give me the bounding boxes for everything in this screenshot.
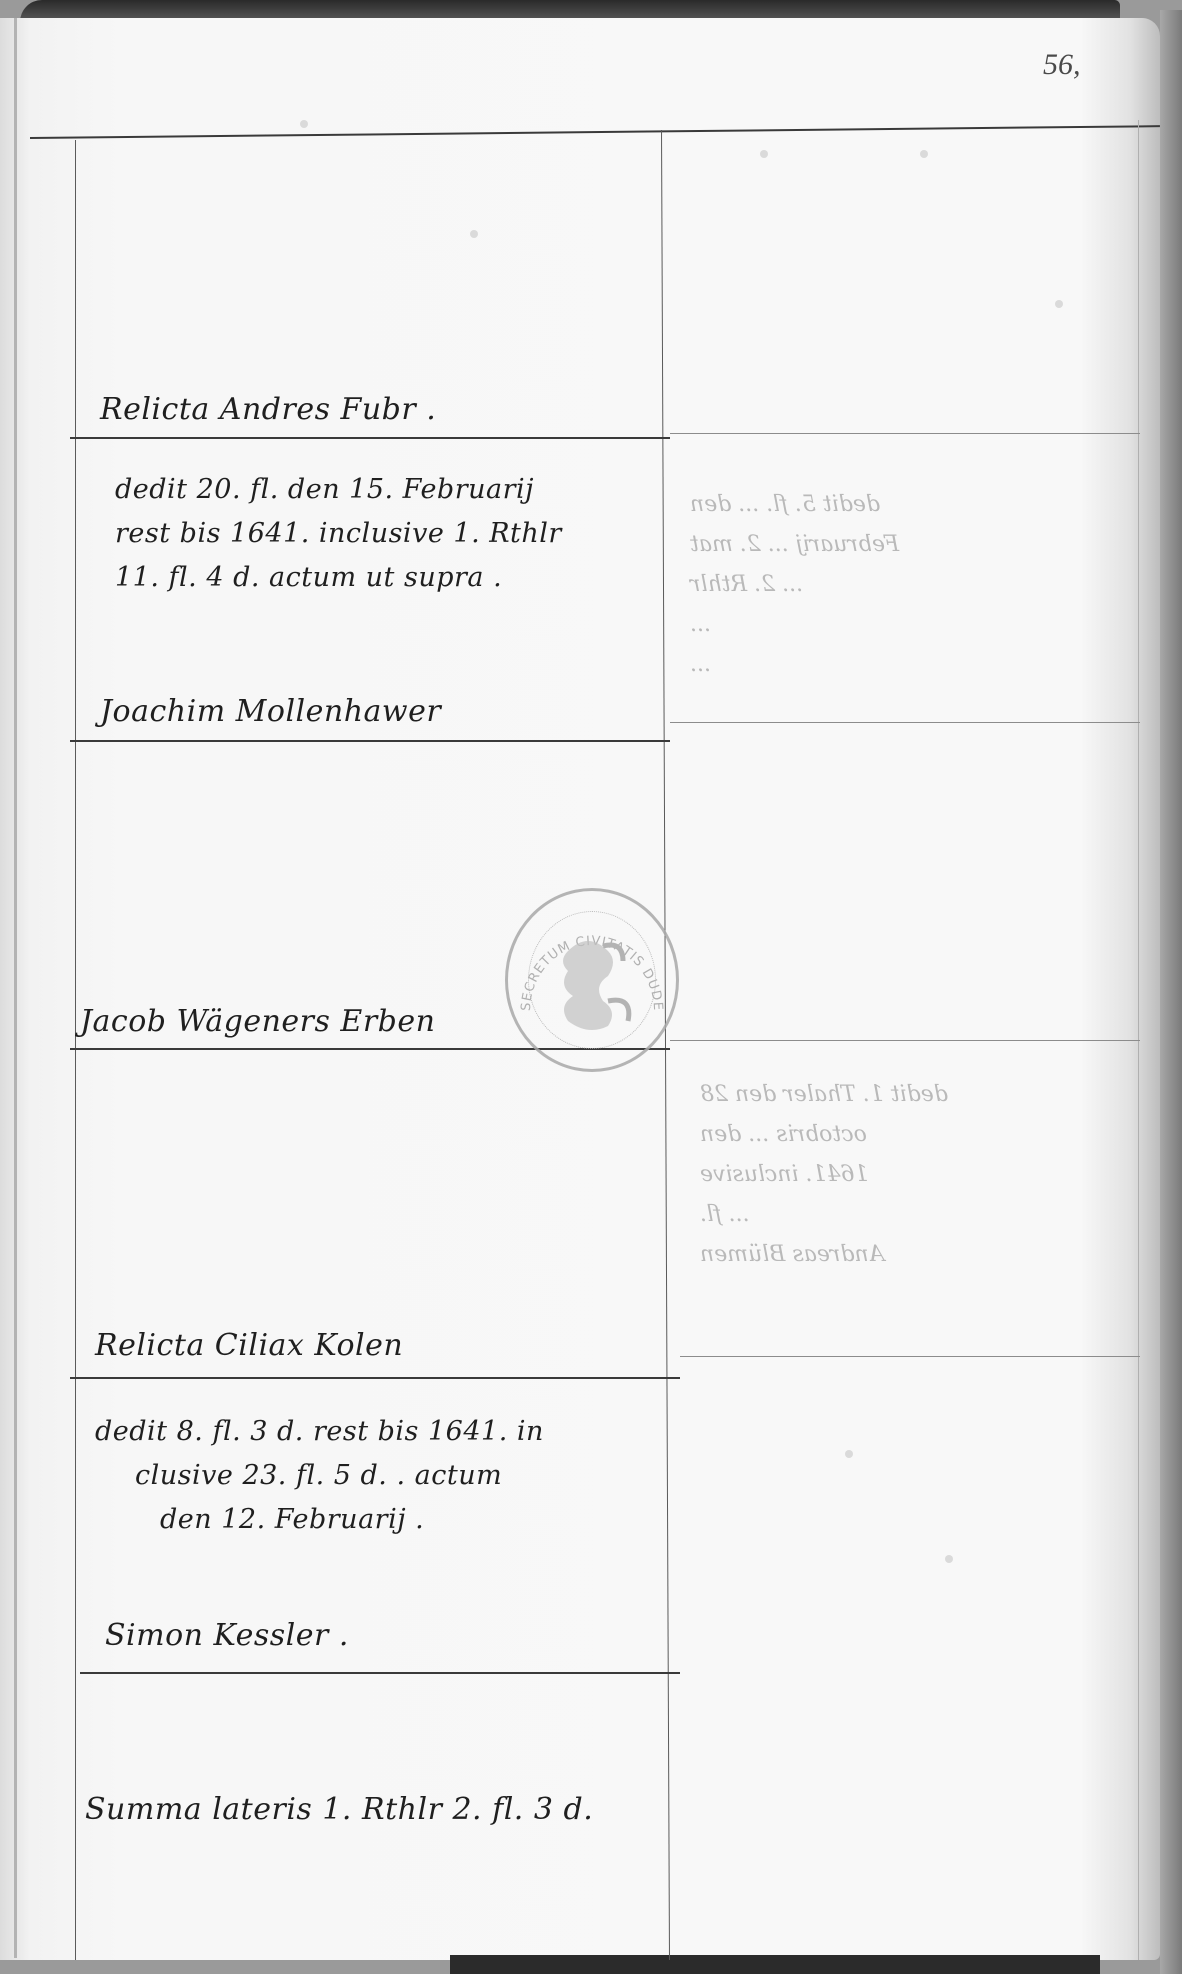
- page-number: 56,: [1043, 48, 1081, 82]
- entry-name: Jacob Wägeners Erben: [80, 1004, 435, 1039]
- entry-name: Relicta Andres Fubr .: [100, 392, 436, 427]
- bleed-through-block: dedit 1. Thaler den 28 octobris ... den …: [700, 1075, 948, 1275]
- entry-note-line: dedit 8. fl. 3 d. rest bis 1641. in: [95, 1410, 544, 1454]
- entry-name: Relicta Ciliax Kolen: [95, 1328, 403, 1363]
- lion-emblem-icon: SECRETUM CIVITATIS DUDERSTADIENSIS: [508, 891, 676, 1069]
- paper-spot: [845, 1450, 853, 1458]
- row-rule-5: [80, 1672, 680, 1674]
- entry-note-line: den 12. Februarij .: [160, 1498, 424, 1542]
- row-rule-2: [70, 740, 670, 742]
- right-rule-3: [670, 1040, 1140, 1041]
- paper-spot: [300, 120, 308, 128]
- bleed-line: ...: [690, 605, 899, 645]
- row-rule-1: [70, 437, 670, 439]
- bleed-line: octobris ... den: [700, 1115, 948, 1155]
- entry-note-line: rest bis 1641. inclusive 1. Rthlr: [115, 512, 562, 556]
- entry-note-line: clusive 23. fl. 5 d. . actum: [135, 1454, 502, 1498]
- bleed-through-block: dedit 5. fl. ... den Februarij ... 2. ma…: [690, 485, 899, 685]
- paper-spot: [760, 150, 768, 158]
- bleed-line: Februarij ... 2. mat: [690, 525, 899, 565]
- paper-spot: [945, 1555, 953, 1563]
- paper-spot: [470, 230, 478, 238]
- entry-note-line: 11. fl. 4 d. actum ut supra .: [115, 556, 502, 600]
- right-rule-1: [670, 433, 1140, 434]
- bleed-line: Andreas Blümen: [700, 1235, 948, 1275]
- book-bottom-edge: [450, 1955, 1100, 1974]
- entry-name: Joachim Mollenhawer: [100, 694, 441, 729]
- entry-note-line: dedit 20. fl. den 15. Februarij: [115, 468, 534, 512]
- bleed-line: ... fl.: [700, 1195, 948, 1235]
- bleed-line: dedit 1. Thaler den 28: [700, 1075, 948, 1115]
- paper-spot: [920, 150, 928, 158]
- entry-name: Simon Kessler .: [105, 1618, 349, 1653]
- right-rule-4: [680, 1356, 1140, 1357]
- binding-edge: [14, 18, 17, 1958]
- row-rule-4: [70, 1377, 680, 1379]
- right-rule-2: [670, 722, 1140, 723]
- left-margin-line: [75, 140, 76, 1960]
- city-seal-stamp: SECRETUM CIVITATIS DUDERSTADIENSIS: [505, 888, 679, 1072]
- bleed-line: 1641. inclusive: [700, 1155, 948, 1195]
- page-total: Summa lateris 1. Rthlr 2. fl. 3 d.: [85, 1792, 593, 1827]
- page-stack-edge: [1160, 10, 1182, 1974]
- bleed-line: ... 2. Rthlr: [690, 565, 899, 605]
- paper-spot: [1055, 300, 1063, 308]
- bleed-line: dedit 5. fl. ... den: [690, 485, 899, 525]
- bleed-line: ...: [690, 645, 899, 685]
